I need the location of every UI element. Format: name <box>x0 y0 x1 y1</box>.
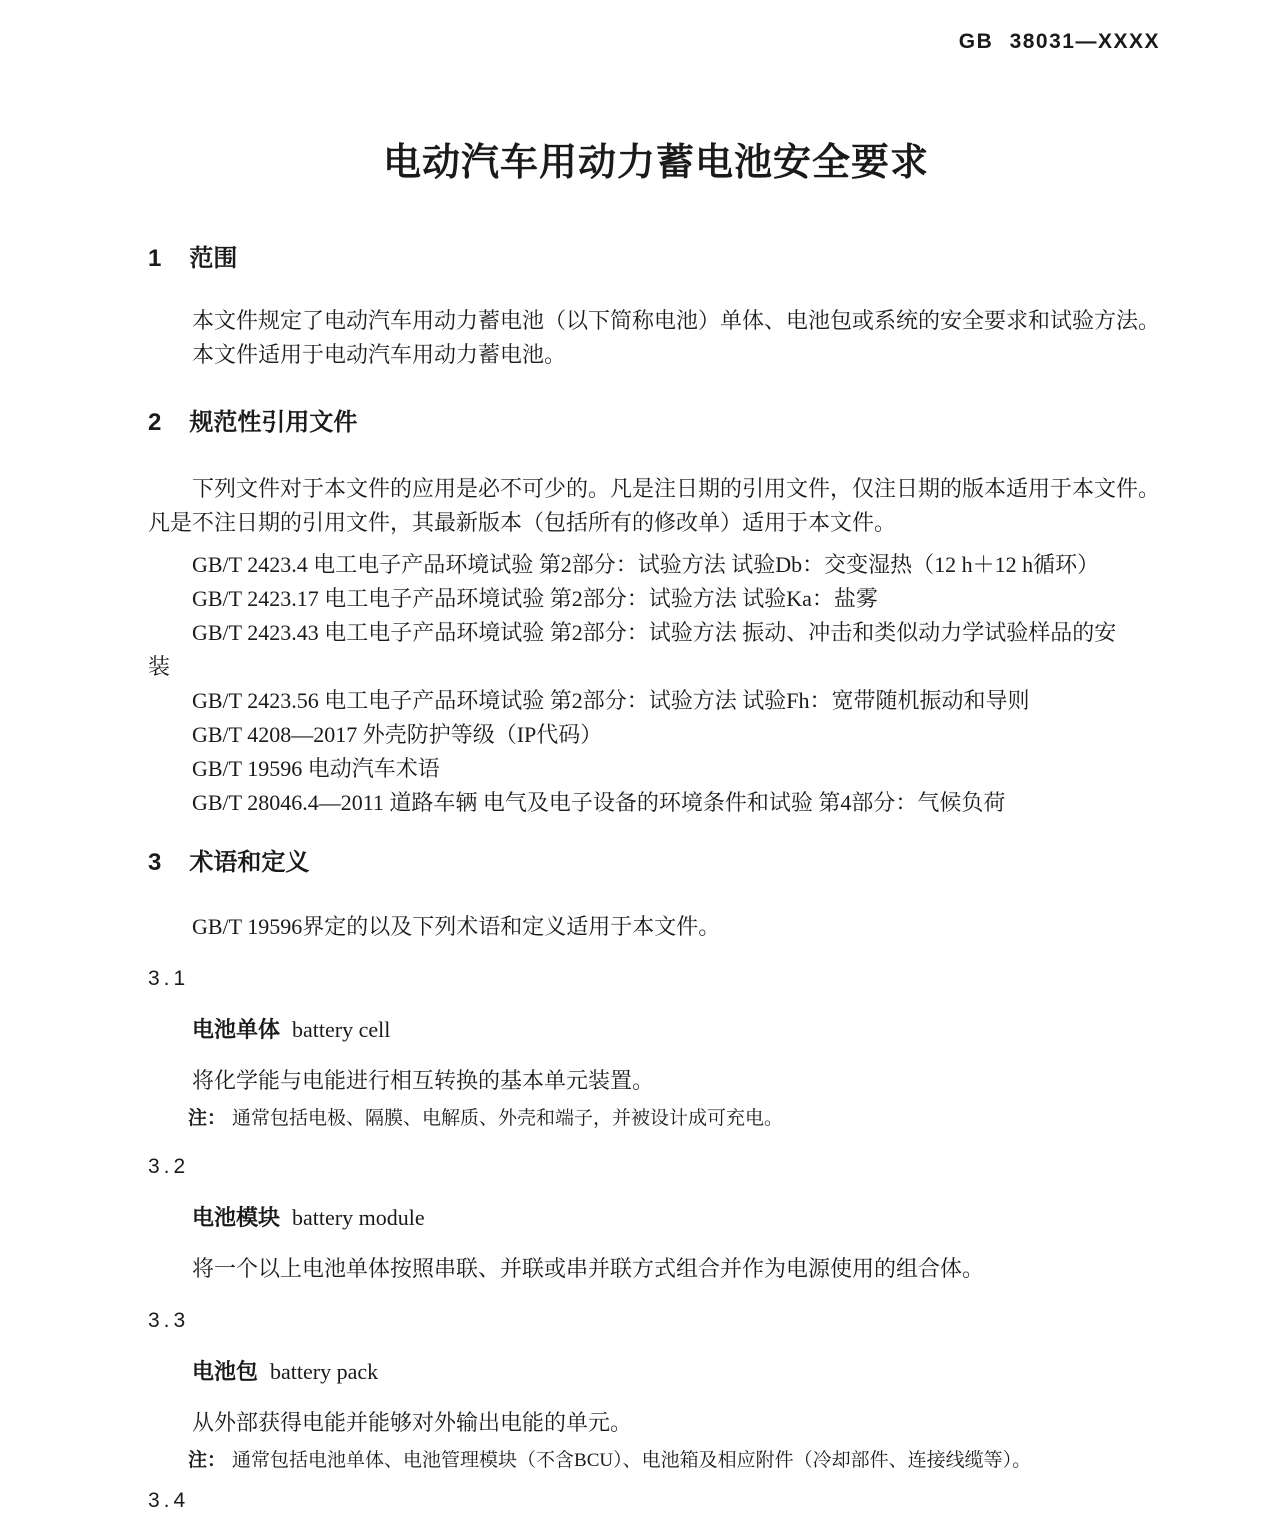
document-page: GB 38031—XXXX 电动汽车用动力蓄电池安全要求 1范围 本文件规定了电… <box>0 0 1280 1519</box>
term-zh-3-3: 电池包 <box>192 1359 258 1384</box>
clause-number-3-3: 3.3 <box>148 1308 1164 1334</box>
scope-body: 本文件规定了电动汽车用动力蓄电池（以下简称电池）单体、电池包或系统的安全要求和试… <box>148 304 1164 372</box>
document-content: 电动汽车用动力蓄电池安全要求 1范围 本文件规定了电动汽车用动力蓄电池（以下简称… <box>148 0 1164 1514</box>
term-title-3-2: 电池模块battery module <box>148 1204 1164 1232</box>
reference-item: GB/T 19596 电动汽车术语 <box>148 752 1164 786</box>
section-3-heading: 3术语和定义 <box>148 848 1164 878</box>
note-text: 通常包括电池单体、电池管理模块（不含BCU）、电池箱及相应附件（冷却部件、连接线… <box>232 1450 1031 1471</box>
terms-intro: GB/T 19596界定的以及下列术语和定义适用于本文件。 <box>148 910 1164 944</box>
reference-item: GB/T 2423.43 电工电子产品环境试验 第2部分：试验方法 振动、冲击和… <box>148 616 1164 684</box>
normative-references-intro: 下列文件对于本文件的应用是必不可少的。凡是注日期的引用文件，仅注日期的版本适用于… <box>148 472 1164 540</box>
term-note-3-3: 注：通常包括电池单体、电池管理模块（不含BCU）、电池箱及相应附件（冷却部件、连… <box>148 1448 1164 1474</box>
section-2-heading: 2规范性引用文件 <box>148 408 1164 438</box>
reference-item: GB/T 2423.4 电工电子产品环境试验 第2部分：试验方法 试验Db：交变… <box>148 548 1164 582</box>
term-en-3-1: battery cell <box>292 1017 390 1042</box>
section-2-number: 2 <box>148 408 161 438</box>
reference-item: GB/T 28046.4—2011 道路车辆 电气及电子设备的环境条件和试验 第… <box>148 786 1164 820</box>
clause-number-3-2: 3.2 <box>148 1154 1164 1180</box>
term-zh-3-1: 电池单体 <box>192 1017 280 1042</box>
section-1-number: 1 <box>148 244 161 274</box>
term-note-3-1: 注：通常包括电极、隔膜、电解质、外壳和端子，并被设计成可充电。 <box>148 1106 1164 1132</box>
section-1-heading: 1范围 <box>148 244 1164 274</box>
clause-number-3-4: 3.4 <box>148 1488 1164 1514</box>
document-title: 电动汽车用动力蓄电池安全要求 <box>148 140 1164 186</box>
section-3-title: 术语和定义 <box>189 849 309 876</box>
term-en-3-3: battery pack <box>270 1359 378 1384</box>
term-en-3-2: battery module <box>292 1205 425 1230</box>
section-2-title: 规范性引用文件 <box>189 409 357 436</box>
normative-references-list: GB/T 2423.4 电工电子产品环境试验 第2部分：试验方法 试验Db：交变… <box>148 548 1164 820</box>
scope-paragraph-1: 本文件规定了电动汽车用动力蓄电池（以下简称电池）单体、电池包或系统的安全要求和试… <box>148 304 1164 338</box>
clause-number-3-1: 3.1 <box>148 966 1164 992</box>
section-3-number: 3 <box>148 848 161 878</box>
reference-item: GB/T 4208—2017 外壳防护等级（IP代码） <box>148 718 1164 752</box>
scope-paragraph-2: 本文件适用于电动汽车用动力蓄电池。 <box>148 338 1164 372</box>
normative-references-intro-wrap: 下列文件对于本文件的应用是必不可少的。凡是注日期的引用文件，仅注日期的版本适用于… <box>148 472 1164 540</box>
reference-item: GB/T 2423.17 电工电子产品环境试验 第2部分：试验方法 试验Ka：盐… <box>148 582 1164 616</box>
term-definition-3-3: 从外部获得电能并能够对外输出电能的单元。 <box>148 1406 1164 1440</box>
reference-item: GB/T 2423.56 电工电子产品环境试验 第2部分：试验方法 试验Fh：宽… <box>148 684 1164 718</box>
note-label: 注： <box>188 1450 226 1471</box>
terms-intro-wrap: GB/T 19596界定的以及下列术语和定义适用于本文件。 <box>148 910 1164 944</box>
term-definition-3-2: 将一个以上电池单体按照串联、并联或串并联方式组合并作为电源使用的组合体。 <box>148 1252 1164 1286</box>
section-1-title: 范围 <box>189 245 237 272</box>
term-zh-3-2: 电池模块 <box>192 1205 280 1230</box>
term-title-3-3: 电池包battery pack <box>148 1358 1164 1386</box>
note-label: 注： <box>188 1108 226 1129</box>
term-definition-3-1: 将化学能与电能进行相互转换的基本单元装置。 <box>148 1064 1164 1098</box>
term-title-3-1: 电池单体battery cell <box>148 1016 1164 1044</box>
note-text: 通常包括电极、隔膜、电解质、外壳和端子，并被设计成可充电。 <box>232 1108 783 1129</box>
